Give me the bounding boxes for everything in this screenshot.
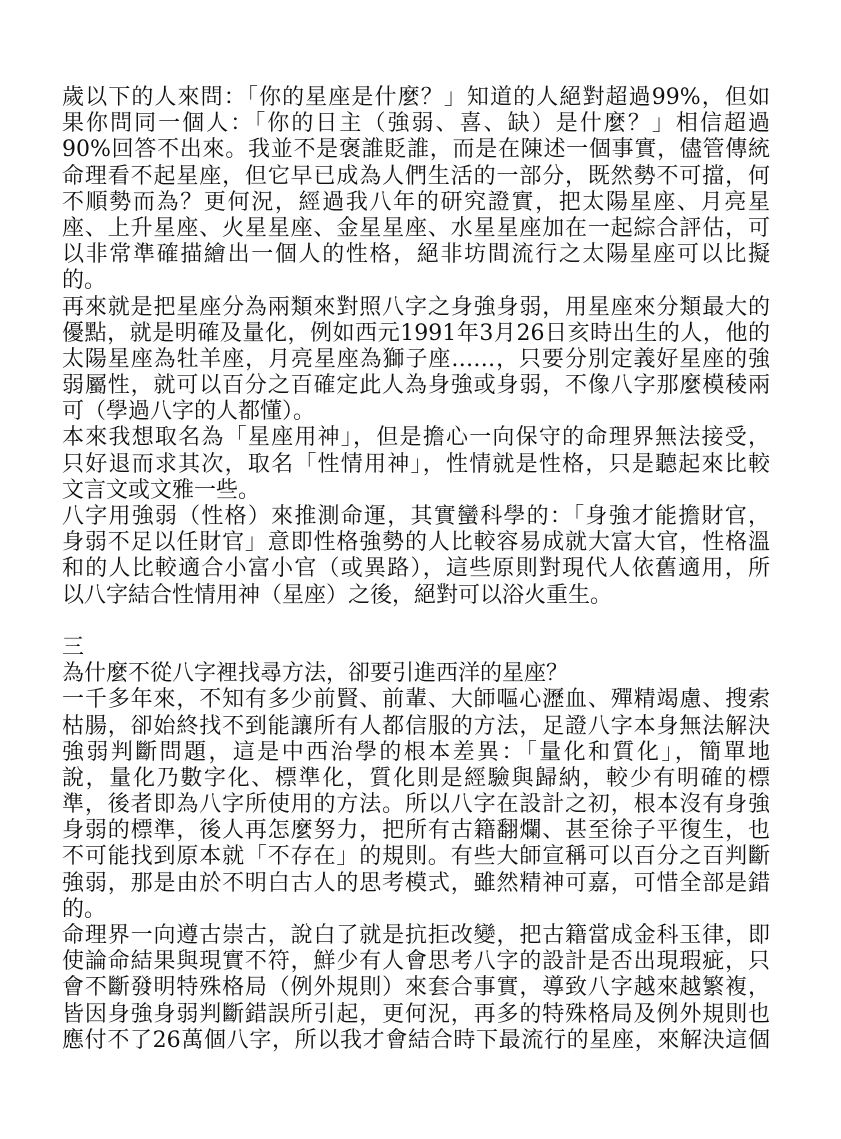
section-number-text: 三 <box>62 635 770 661</box>
text-line: 命理界一向遵古崇古，說白了就是抗拒改變，把古籍當成金科玉律，即 <box>62 923 770 949</box>
text-line: 本來我想取名為「星座用神」，但是擔心一向保守的命理界無法接受， <box>62 425 770 451</box>
text-line: 皆因身強身弱判斷錯誤所引起，更何況，再多的特殊格局及例外規則也 <box>62 1002 770 1028</box>
paragraph-zodiac-popularity: 歲以下的人來問：「你的星座是什麼？」知道的人絕對超過99%，但如 果你問同一個人… <box>62 85 770 295</box>
paragraph-history: 一千多年來，不知有多少前賢、前輩、大師嘔心瀝血、殫精竭慮、搜索 枯腸，卻始終找不… <box>62 687 770 923</box>
section-number: 三 <box>62 635 770 661</box>
blank-line <box>62 609 770 635</box>
text-line: 強弱，那是由於不明白古人的思考模式，雖然精神可嘉，可惜全部是錯 <box>62 871 770 897</box>
text-line: 會不斷發明特殊格局（例外規則）來套合事實，導致八字越來越繁複， <box>62 975 770 1001</box>
text-line: 身弱的標準，後人再怎麼努力，把所有古籍翻爛、甚至徐子平復生，也 <box>62 818 770 844</box>
text-line: 身弱不足以任財官」意即性格強勢的人比較容易成就大富大官，性格溫 <box>62 530 770 556</box>
text-line: 不可能找到原本就「不存在」的規則。有些大師宣稱可以百分之百判斷 <box>62 844 770 870</box>
section-heading-text: 為什麼不從八字裡找尋方法，卻要引進西洋的星座？ <box>62 661 770 687</box>
paragraph-classification: 再來就是把星座分為兩類來對照八字之身強身弱，用星座來分類最大的 優點，就是明確及… <box>62 295 770 426</box>
text-line: 果你問同一個人：「你的日主（強弱、喜、缺）是什麼？」相信超過 <box>62 111 770 137</box>
text-line: 太陽星座為牡羊座，月亮星座為獅子座……，只要分別定義好星座的強 <box>62 347 770 373</box>
text-line: 準，後者即為八字所使用的方法。所以八字在設計之初，根本沒有身強 <box>62 792 770 818</box>
text-line: 弱屬性，就可以百分之百確定此人為身強或身弱，不像八字那麼模稜兩 <box>62 373 770 399</box>
text-line: 一千多年來，不知有多少前賢、前輩、大師嘔心瀝血、殫精竭慮、搜索 <box>62 687 770 713</box>
text-line: 歲以下的人來問：「你的星座是什麼？」知道的人絕對超過99%，但如 <box>62 85 770 111</box>
document-page: 歲以下的人來問：「你的星座是什麼？」知道的人絕對超過99%，但如 果你問同一個人… <box>62 85 770 1054</box>
text-line: 座、上升星座、火星星座、金星星座、水星星座加在一起綜合評估，可 <box>62 216 770 242</box>
text-line: 強弱判斷問題，這是中西治學的根本差異：「量化和質化」，簡單地 <box>62 740 770 766</box>
text-line: 只好退而求其次，取名「性情用神」，性情就是性格，只是聽起來比較 <box>62 452 770 478</box>
text-line: 說，量化乃數字化、標準化，質化則是經驗與歸納，較少有明確的標 <box>62 766 770 792</box>
text-line: 八字用強弱（性格）來推測命運，其實蠻科學的：「身強才能擔財官， <box>62 504 770 530</box>
paragraph-tradition: 命理界一向遵古崇古，說白了就是抗拒改變，把古籍當成金科玉律，即 使論命結果與現實… <box>62 923 770 1054</box>
paragraph-naming: 本來我想取名為「星座用神」，但是擔心一向保守的命理界無法接受， 只好退而求其次，… <box>62 425 770 504</box>
text-line: 可（學過八字的人都懂）。 <box>62 399 770 425</box>
text-line: 和的人比較適合小富小官（或異路），這些原則對現代人依舊適用，所 <box>62 556 770 582</box>
paragraph-bazi-strength: 八字用強弱（性格）來推測命運，其實蠻科學的：「身強才能擔財官， 身弱不足以任財官… <box>62 504 770 609</box>
text-line: 應付不了26萬個八字，所以我才會結合時下最流行的星座，來解決這個 <box>62 1028 770 1054</box>
text-line: 的。 <box>62 268 770 294</box>
text-line: 以非常準確描繪出一個人的性格，絕非坊間流行之太陽星座可以比擬 <box>62 242 770 268</box>
section-heading: 為什麼不從八字裡找尋方法，卻要引進西洋的星座？ <box>62 661 770 687</box>
text-line: 90%回答不出來。我並不是褒誰貶誰，而是在陳述一個事實，儘管傳統 <box>62 137 770 163</box>
text-line: 使論命結果與現實不符，鮮少有人會思考八字的設計是否出現瑕疵，只 <box>62 949 770 975</box>
text-line: 枯腸，卻始終找不到能讓所有人都信服的方法，足證八字本身無法解決 <box>62 714 770 740</box>
text-line: 不順勢而為？更何況，經過我八年的研究證實，把太陽星座、月亮星 <box>62 190 770 216</box>
text-line: 命理看不起星座，但它早已成為人們生活的一部分，既然勢不可擋，何 <box>62 164 770 190</box>
text-line: 優點，就是明確及量化，例如西元1991年3月26日亥時出生的人，他的 <box>62 321 770 347</box>
text-line: 的。 <box>62 897 770 923</box>
text-line: 以八字結合性情用神（星座）之後，絕對可以浴火重生。 <box>62 583 770 609</box>
text-line: 文言文或文雅一些。 <box>62 478 770 504</box>
text-line: 再來就是把星座分為兩類來對照八字之身強身弱，用星座來分類最大的 <box>62 295 770 321</box>
